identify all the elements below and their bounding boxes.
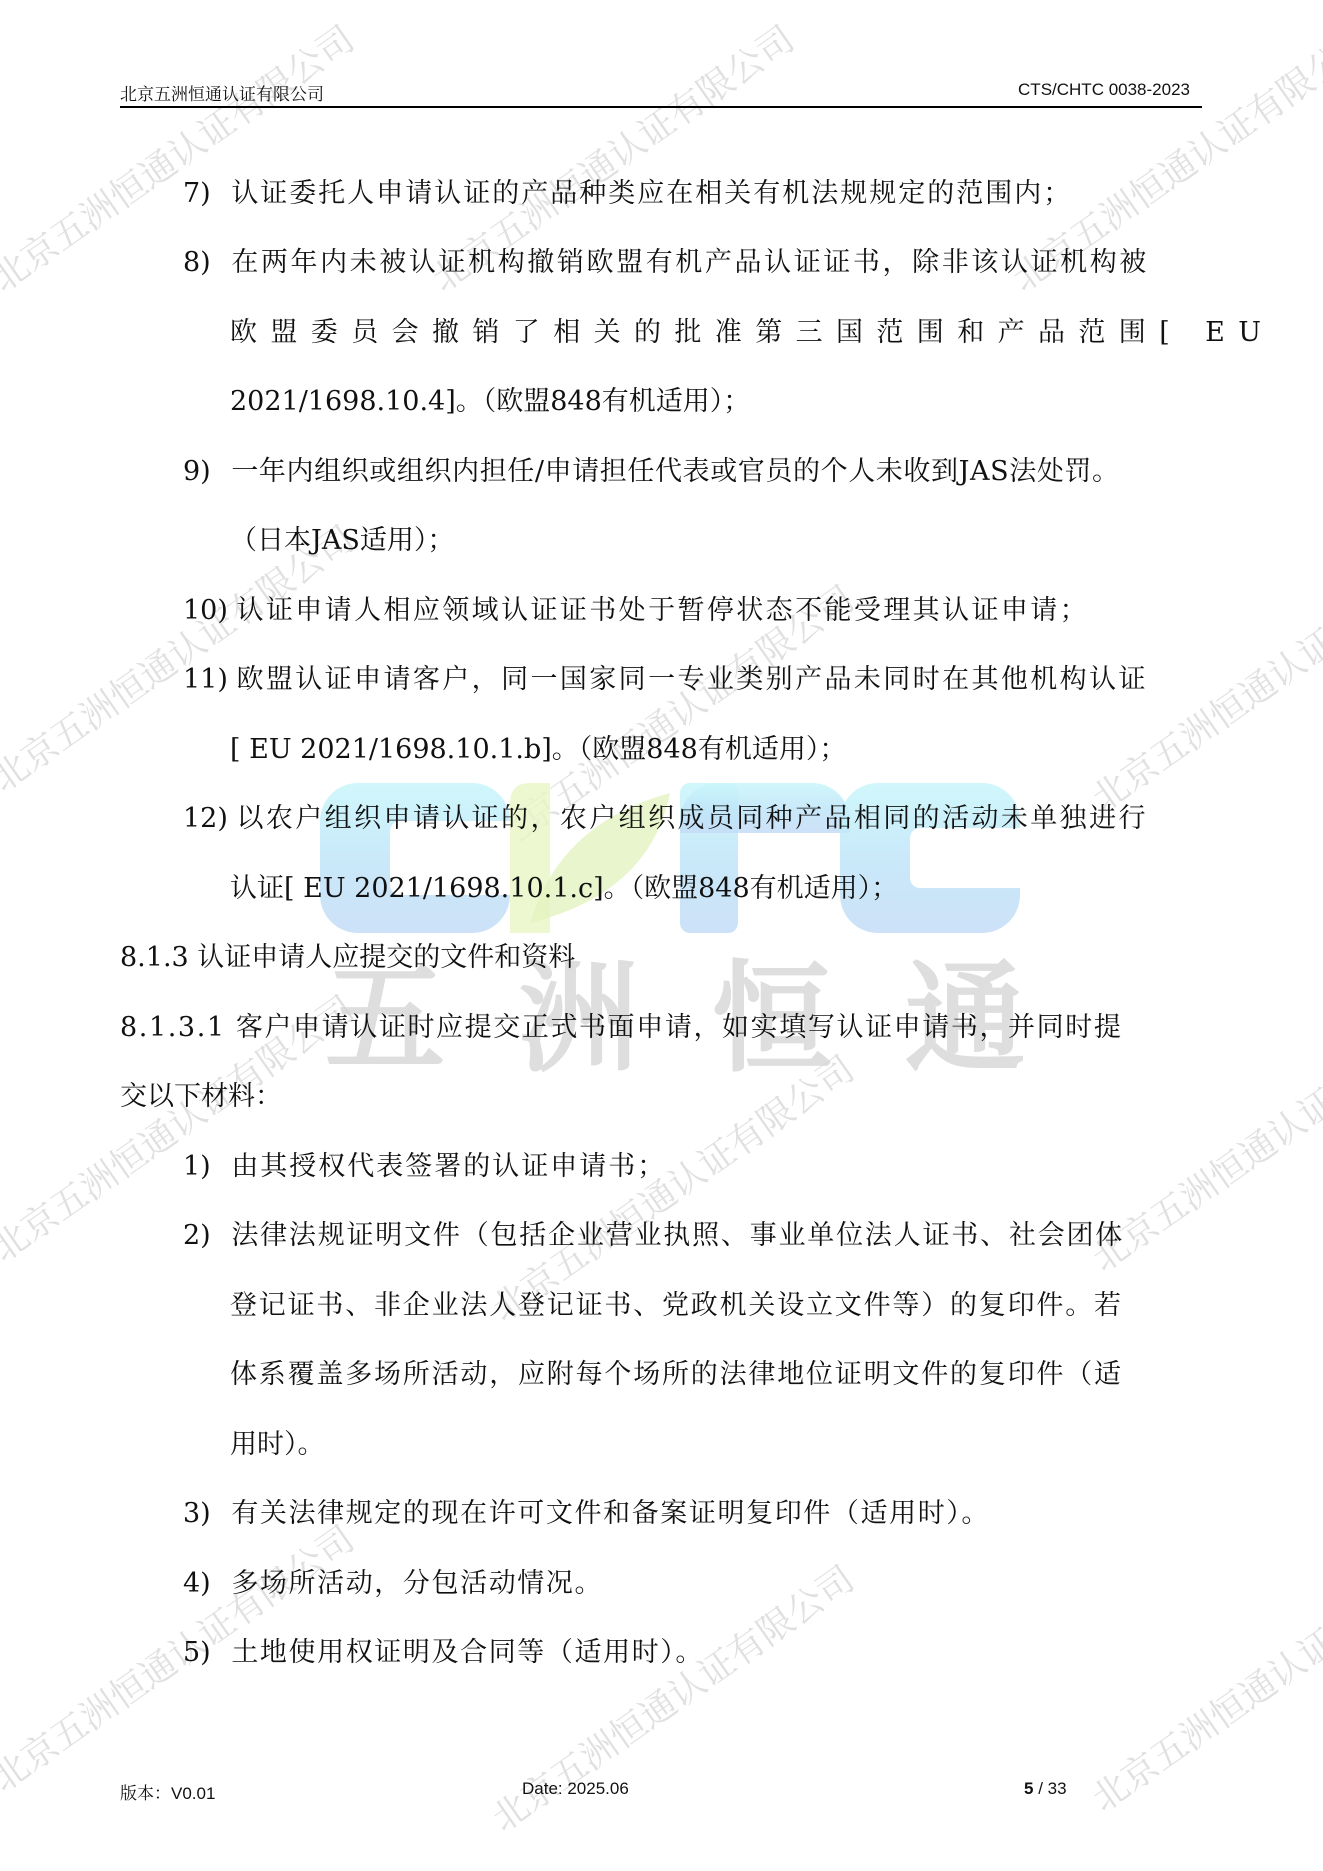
list-item: 3) 有关法律规定的现在许可文件和备案证明复印件（适用时）。 [183, 1497, 990, 1531]
list-item-cont: 体系覆盖多场所活动，应附每个场所的法律地位证明文件的复印件（适 [230, 1358, 1123, 1392]
header-rule [120, 106, 1202, 108]
section-heading: 8.1.3 认证申请人应提交的文件和资料 [120, 941, 575, 975]
list-item-cont: 用时）。 [230, 1428, 325, 1462]
footer-date: Date: 2025.06 [522, 1779, 629, 1799]
list-item: 1) 由其授权代表签署的认证申请书； [183, 1150, 666, 1184]
section-paragraph-cont: 交以下材料： [120, 1080, 282, 1114]
page-number: 5 / 33 [1024, 1779, 1067, 1799]
list-item: 2) 法律法规证明文件（包括企业营业执照、事业单位法人证书、社会团体 [183, 1219, 1124, 1253]
list-item: 10) 认证申请人相应领域认证证书处于暂停状态不能受理其认证申请； [183, 594, 1089, 628]
header-doc-code: CTS/CHTC 0038-2023 [1018, 80, 1190, 100]
list-item-cont: 欧盟委员会撤销了相关的批准第三国范围和产品范围[ EU [230, 316, 1274, 350]
list-item: 8) 在两年内未被认证机构撤销欧盟有机产品认证证书，除非该认证机构被 [183, 246, 1149, 280]
list-item-cont: 认证[ EU 2021/1698.10.1.c]。（欧盟848有机适用）； [230, 872, 898, 906]
header-company: 北京五洲恒通认证有限公司 [120, 80, 324, 105]
list-item-cont: （日本JAS适用）； [230, 524, 454, 558]
list-item: 5) 土地使用权证明及合同等（适用时）。 [183, 1636, 704, 1670]
list-item: 11) 欧盟认证申请客户，同一国家同一专业类别产品未同时在其他机构认证 [183, 663, 1148, 697]
section-paragraph: 8.1.3.1 客户申请认证时应提交正式书面申请，如实填写认证申请书，并同时提 [120, 1011, 1122, 1045]
list-item: 4) 多场所活动，分包活动情况。 [183, 1567, 603, 1601]
list-item: 9) 一年内组织或组织内担任/申请担任代表或官员的个人未收到JAS法处罚。 [183, 455, 1120, 489]
list-item: 7) 认证委托人申请认证的产品种类应在相关有机法规规定的范围内； [183, 177, 1072, 211]
list-item-cont: [ EU 2021/1698.10.1.b]。（欧盟848有机适用）； [230, 733, 846, 767]
document-page: 北京五洲恒通认证有限公司 北京五洲恒通认证有限公司 北京五洲恒通认证有限公司 北… [0, 0, 1323, 1871]
list-item: 12) 以农户组织申请认证的，农户组织成员同种产品相同的活动未单独进行 [183, 802, 1148, 836]
list-item-cont: 2021/1698.10.4]。（欧盟848有机适用）； [230, 385, 750, 419]
list-item-cont: 登记证书、非企业法人登记证书、党政机关设立文件等）的复印件。若 [230, 1289, 1123, 1323]
footer-version: 版本：V0.01 [120, 1779, 215, 1804]
